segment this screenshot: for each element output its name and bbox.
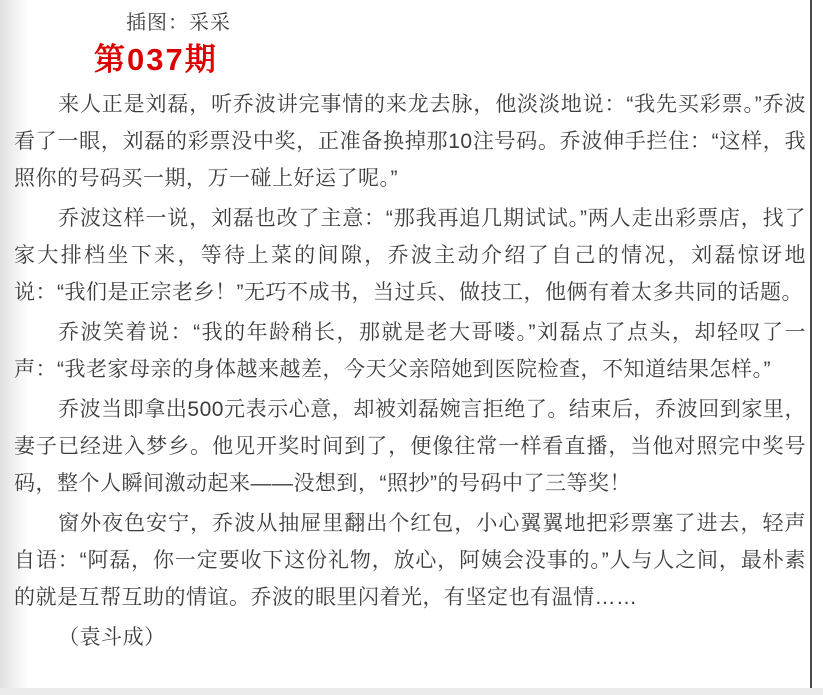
article-content: 插图：采采 第037期 来人正是刘磊，听乔波讲完事情的来龙去脉，他淡淡地说：“我… <box>14 10 806 659</box>
story-paragraph: 乔波这样一说，刘磊也改了主意：“那我再追几期试试。”两人走出彩票店，找了家大排档… <box>14 200 806 311</box>
story-paragraph: 乔波笑着说：“我的年龄稍长，那就是老大哥喽。”刘磊点了点头，却轻叹了一声：“我老… <box>14 314 806 388</box>
story-paragraph: 窗外夜色安宁，乔波从抽屉里翻出个红包，小心翼翼地把彩票塞了进去，轻声自语：“阿磊… <box>14 505 806 616</box>
illustration-credit: 插图：采采 <box>126 10 806 36</box>
story-paragraph: 来人正是刘磊，听乔波讲完事情的来龙去脉，他淡淡地说：“我先买彩票。”乔波看了一眼… <box>14 86 806 197</box>
right-border-line <box>810 0 812 695</box>
article-page: 插图：采采 第037期 来人正是刘磊，听乔波讲完事情的来龙去脉，他淡淡地说：“我… <box>0 0 823 695</box>
bottom-edge-shading <box>0 688 823 695</box>
author-line: （袁斗成） <box>14 619 806 656</box>
issue-title: 第037期 <box>94 42 806 78</box>
story-paragraph: 乔波当即拿出500元表示心意，却被刘磊婉言拒绝了。结束后，乔波回到家里，妻子已经… <box>14 391 806 502</box>
